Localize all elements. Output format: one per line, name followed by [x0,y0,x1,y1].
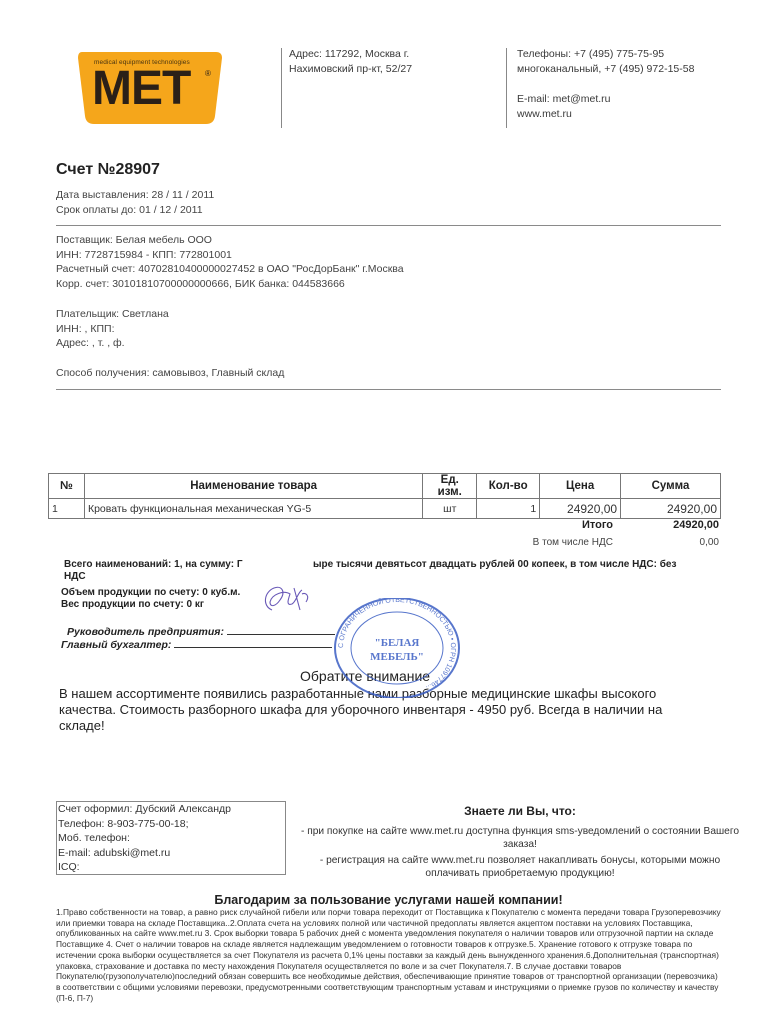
items-table: № Наименование товара Ед. изм. Кол-во Це… [48,473,721,519]
terms-text: 1.Право собственности на товар, а равно … [56,907,721,1003]
logo-text: MET [92,64,190,114]
supplier-block: Поставщик: Белая мебель ООО ИНН: 7728715… [56,233,404,291]
supplier-corr-account: Корр. счет: 30101810700000000666, БИК ба… [56,277,404,292]
table-row: 1 Кровать функциональная механическая YG… [49,499,721,519]
header-divider [281,48,282,128]
payer-address: Адрес: , т. , ф. [56,336,169,351]
director-signature-line [227,634,335,635]
issue-date: Дата выставления: 28 / 11 / 2011 [56,188,214,203]
header-divider [506,48,507,128]
cell-unit: шт [423,499,477,519]
supplier-name: Поставщик: Белая мебель ООО [56,233,404,248]
summary-line-end: ыре тысячи девятьсот двадцать рублей 00 … [313,559,676,572]
thanks-heading: Благодарим за пользование услугами нашей… [56,893,721,907]
company-phones: Телефоны: +7 (495) 775-75-95 многоканаль… [517,47,694,77]
payer-inn-kpp: ИНН: , КПП: [56,322,169,337]
volume: Объем продукции по счету: 0 куб.м. [61,587,240,600]
col-header-sum: Сумма [621,474,721,499]
director-signature-field: Руководитель предприятия: [67,626,335,638]
accountant-label: Главный бухгалтер: [61,639,171,651]
payer-name: Плательщик: Светлана [56,307,169,322]
supplier-account: Расчетный счет: 40702810400000027452 в О… [56,262,404,277]
col-header-unit: Ед. изм. [423,474,477,499]
contact-mobile: Моб. телефон: [58,831,285,846]
svg-text:"БЕЛАЯ: "БЕЛАЯ [375,637,420,649]
director-label: Руководитель предприятия: [67,626,224,638]
cell-qty: 1 [477,499,540,519]
address-line: Нахимовский пр-кт, 52/27 [289,62,412,77]
contact-author: Счет оформил: Дубский Александр [58,802,285,817]
did-you-know-item: - при покупке на сайте www.met.ru доступ… [300,825,740,851]
contact-phone: Телефон: 8-903-775-00-18; [58,817,285,832]
cell-name: Кровать функциональная механическая YG-5 [84,499,422,519]
summary-line-vat: НДС [64,571,86,584]
phone-line: многоканальный, +7 (495) 972-15-58 [517,62,694,77]
signature-icon [258,580,318,616]
total-value: 24920,00 [620,519,719,531]
company-stamp-icon: С ОГРАНИЧЕННОЙ ОТВЕТСТВЕННОСТЬЮ • ОГРН 1… [332,598,462,698]
vat-label: В том числе НДС [480,536,613,551]
cell-sum: 24920,00 [621,499,721,519]
col-header-number: № [49,474,85,499]
invoice-title: Счет №28907 [56,161,160,179]
divider [56,389,721,390]
company-address: Адрес: 117292, Москва г. Нахимовский пр-… [289,47,412,77]
did-you-know-item: - регистрация на сайте www.met.ru позвол… [300,854,740,880]
accountant-signature-field: Главный бухгалтер: [61,639,332,651]
contact-icq: ICQ: [58,860,285,875]
total-label: Итого [560,519,613,531]
svg-text:МЕБЕЛЬ": МЕБЕЛЬ" [370,651,424,663]
col-header-price: Цена [540,474,621,499]
company-email[interactable]: E-mail: met@met.ru [517,92,611,107]
phone-line: Телефоны: +7 (495) 775-75-95 [517,47,694,62]
col-header-name: Наименование товара [84,474,422,499]
divider [56,225,721,226]
did-you-know-title: Знаете ли Вы, что: [300,804,740,818]
cell-number: 1 [49,499,85,519]
vat-value: 0,00 [620,536,719,551]
contact-box: Счет оформил: Дубский Александр Телефон:… [56,801,286,875]
registered-mark: ® [205,69,211,78]
accountant-signature-line [174,647,332,648]
table-header-row: № Наименование товара Ед. изм. Кол-во Це… [49,474,721,499]
weight: Вес продукции по счету: 0 кг [61,599,204,612]
contact-email[interactable]: E-mail: adubski@met.ru [58,846,285,861]
payer-block: Плательщик: Светлана ИНН: , КПП: Адрес: … [56,307,169,351]
summary-line-start: Всего наименований: 1, на сумму: Г [64,559,243,572]
delivery-method: Способ получения: самовывоз, Главный скл… [56,366,284,381]
address-line: Адрес: 117292, Москва г. [289,47,412,62]
due-date: Срок оплаты до: 01 / 12 / 2011 [56,203,203,218]
supplier-inn-kpp: ИНН: 7728715984 - КПП: 772801001 [56,248,404,263]
company-website[interactable]: www.met.ru [517,107,572,122]
col-header-qty: Кол-во [477,474,540,499]
cell-price: 24920,00 [540,499,621,519]
